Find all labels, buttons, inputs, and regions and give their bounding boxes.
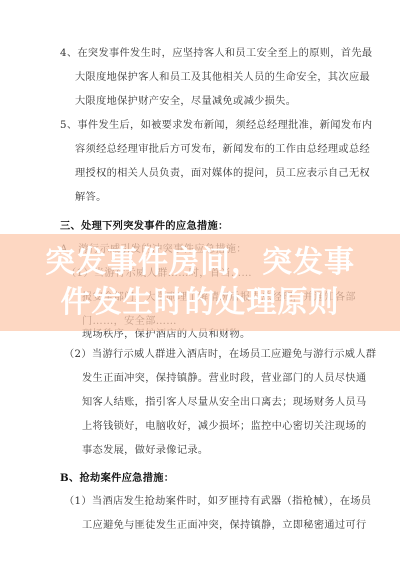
item-5-line-1: 5、事件发生后，如被要求发布新闻，须经总经理批准，新闻发布内 bbox=[60, 120, 372, 132]
item-5-line-3: 理授权的相关人员负责，面对媒体的提问，员工应表示自己无权 bbox=[75, 168, 370, 180]
section-b-heading: B、抢劫案件应急措施： bbox=[60, 472, 174, 484]
item-4-line-3: 大限度地保护财产安全，尽量减免或减少损失。 bbox=[75, 96, 296, 108]
section-a-item-2-line-4: 上将钱锁好，电脑收好，减少损坏；监控中心密切关注现场的 bbox=[82, 421, 367, 433]
section-a-item-2-line-3: 知客人结账，指引客人尽量从安全出口离去；现场财务人员马 bbox=[82, 397, 367, 409]
section-a-item-2-line-2: 发生正面冲突，保持镇静。营业时段，营业部门的人员尽快通 bbox=[82, 373, 367, 385]
item-4-line-2: 大限度地保护客人和员工及其他相关人员的生命安全，其次应最 bbox=[75, 72, 370, 84]
item-4-line-1: 4、在突发事件发生时，应坚持客人和员工安全至上的原则，首先最 bbox=[60, 48, 372, 60]
overlay-title: 突发事件房间，突发事 件发生时的处理原则 bbox=[0, 234, 400, 331]
item-5-line-4: 解答。 bbox=[75, 192, 107, 204]
section-b-item-1-line-1: （1）当酒店发生抢劫案件时，如歹匪持有武器（指枪械），在场员 bbox=[64, 496, 371, 508]
item-5-line-2: 容须经总经理审批后方可发布，新闻发布的工作由总经理或总经 bbox=[75, 144, 370, 156]
overlay-title-line-1: 突发事件房间，突发事 bbox=[45, 243, 355, 283]
section-a-item-2-line-1: （2）当游行示威人群进入酒店时，在场员工应避免与游行示威人群 bbox=[64, 349, 376, 361]
section-a-item-2-line-5: 事态发展，做好录像记录。 bbox=[82, 445, 208, 457]
section-3-heading: 三、处理下列突发事件的应急措施： bbox=[60, 220, 229, 232]
overlay-title-line-2: 件发生时的处理原则 bbox=[61, 283, 340, 323]
section-b-item-1-line-2: 工应避免与匪徒发生正面冲突，保持镇静，立即秘密通过可行 bbox=[82, 520, 367, 532]
